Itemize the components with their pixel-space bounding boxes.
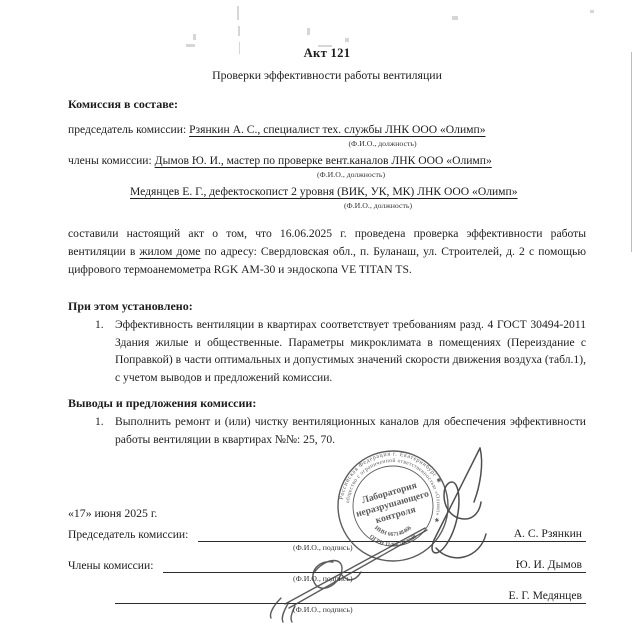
commission-members-label: члены комиссии: xyxy=(68,154,152,167)
findings-item-1: 1. Эффективность вентиляции в квартирах … xyxy=(68,316,586,386)
findings-heading: При этом установлено: xyxy=(68,299,586,314)
member1-signature-row: Члены комиссии: Ю. И. Дымов xyxy=(68,557,586,573)
act-date: «17» июня 2025 г. xyxy=(68,506,586,521)
scanned-act-document: Акт 121 Проверки эффективности работы ве… xyxy=(0,0,642,638)
commission-chairman-label: председатель комиссии: xyxy=(68,123,186,136)
act-body-paragraph: составили настоящий акт о том, что 16.06… xyxy=(68,225,586,279)
scan-artifact-vertical-line xyxy=(631,52,632,252)
member1-name: Ю. И. Дымов xyxy=(516,558,586,571)
chairman-signature-line: А. С. Рзянкин xyxy=(198,526,586,542)
fio-signature-caption: (Ф.И.О., подпись) xyxy=(293,543,586,553)
member1-signature-line: Ю. И. Дымов xyxy=(163,557,586,573)
fio-signature-caption: (Ф.И.О., подпись) xyxy=(293,574,586,584)
fio-position-caption: (Ф.И.О., должность) xyxy=(166,170,536,180)
commission-chairman-value: Рзянкин А. С., специалист тех. службы ЛН… xyxy=(189,123,485,136)
chairman-signature-label: Председатель комиссии: xyxy=(68,527,198,542)
fio-position-caption: (Ф.И.О., должность) xyxy=(200,139,565,149)
findings-item-text: Эффективность вентиляции в квартирах соо… xyxy=(115,316,586,386)
commission-member1-value: Дымов Ю. И., мастер по проверке вент.кан… xyxy=(155,154,492,167)
commission-member2-row: Медянцев Е. Г., дефектоскопист 2 уровня … xyxy=(130,184,586,200)
commission-chairman-row: председатель комиссии: Рзянкин А. С., сп… xyxy=(68,122,586,138)
document-content: Акт 121 Проверки эффективности работы ве… xyxy=(68,0,586,615)
findings-item-number: 1. xyxy=(95,316,115,386)
fio-position-caption: (Ф.И.О., должность) xyxy=(188,201,568,211)
member2-name: Е. Г. Медянцев xyxy=(509,589,586,602)
commission-member2-value: Медянцев Е. Г., дефектоскопист 2 уровня … xyxy=(130,185,518,198)
members-signature-label: Члены комиссии: xyxy=(68,558,163,573)
chairman-name: А. С. Рзянкин xyxy=(514,527,586,540)
fio-signature-caption: (Ф.И.О., подпись) xyxy=(293,605,586,615)
act-paragraph-underlined: жилом доме xyxy=(139,245,200,258)
commission-heading: Комиссия в составе: xyxy=(68,97,586,112)
scan-artifact xyxy=(590,10,594,13)
member2-signature-row: Е. Г. Медянцев xyxy=(115,588,586,604)
page-subtitle: Проверки эффективности работы вентиляции xyxy=(68,68,586,83)
conclusions-item-1: 1. Выполнить ремонт и (или) чистку венти… xyxy=(68,413,586,448)
commission-member1-row: члены комиссии: Дымов Ю. И., мастер по п… xyxy=(68,153,586,169)
chairman-signature-row: Председатель комиссии: А. С. Рзянкин xyxy=(68,526,586,542)
conclusions-heading: Выводы и предложения комиссии: xyxy=(68,396,586,411)
page-title: Акт 121 xyxy=(68,46,586,61)
conclusions-item-number: 1. xyxy=(95,413,115,448)
member2-signature-line: Е. Г. Медянцев xyxy=(115,588,586,604)
conclusions-item-text: Выполнить ремонт и (или) чистку вентиляц… xyxy=(115,413,586,448)
